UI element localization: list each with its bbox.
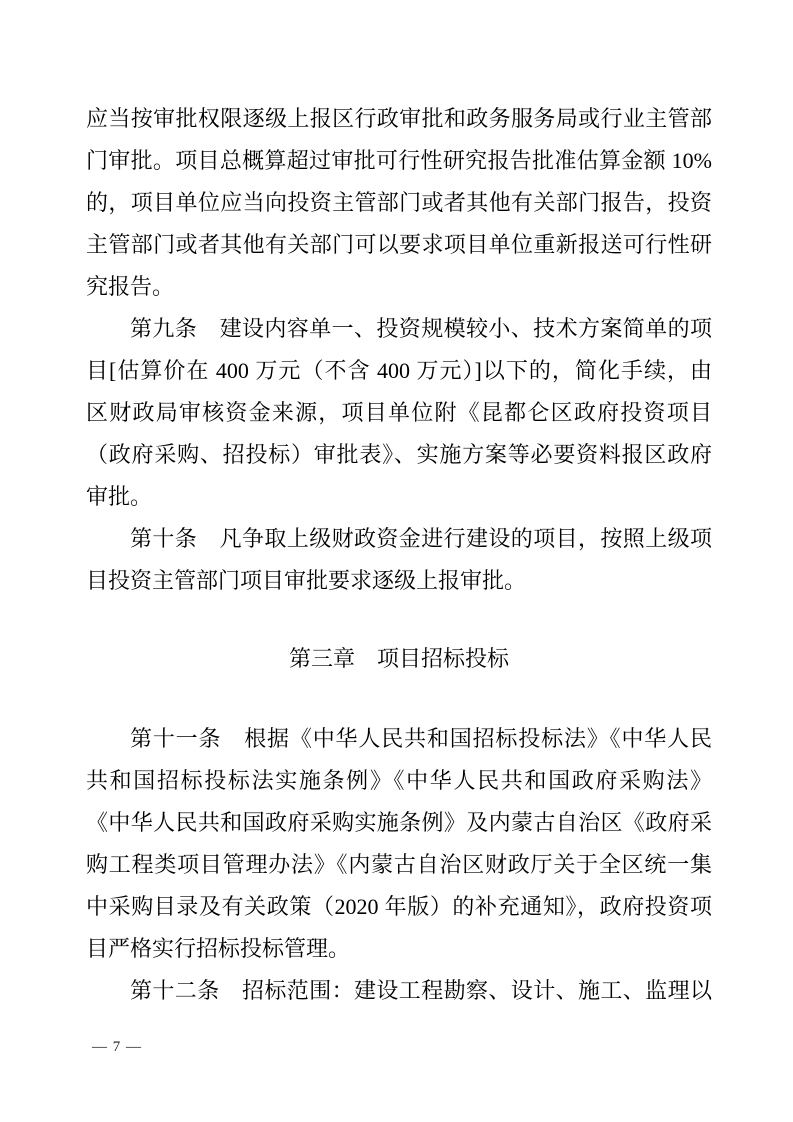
text-line: 区财政局审核资金来源，项目单位附《昆都仑区政府投资项目: [86, 392, 712, 434]
text-line: 应当按审批权限逐级上报区行政审批和政务服务局或行业主管部: [86, 98, 712, 140]
text-line: 目[估算价在 400 万元（不含 400 万元）]以下的，简化手续，由: [86, 350, 712, 392]
text-line: 目投资主管部门项目审批要求逐级上报审批。: [86, 560, 712, 602]
document-body: 应当按审批权限逐级上报区行政审批和政务服务局或行业主管部 门审批。项目总概算超过…: [86, 98, 712, 1012]
text-line: 第十条 凡争取上级财政资金进行建设的项目，按照上级项: [86, 518, 712, 560]
paragraph: 第十二条 招标范围：建设工程勘察、设计、施工、监理以: [86, 970, 712, 1012]
text-line: 第十二条 招标范围：建设工程勘察、设计、施工、监理以: [86, 970, 712, 1012]
text-line: （政府采购、招投标）审批表》、实施方案等必要资料报区政府: [86, 434, 712, 476]
paragraph: 第十一条 根据《中华人民共和国招标投标法》《中华人民 共和国招标投标法实施条例》…: [86, 718, 712, 970]
text-line: 第九条 建设内容单一、投资规模较小、技术方案简单的项: [86, 308, 712, 350]
text-line: 目严格实行招标投标管理。: [86, 928, 712, 970]
text-line: 购工程类项目管理办法》《内蒙古自治区财政厅关于全区统一集: [86, 844, 712, 886]
text-line: 审批。: [86, 476, 712, 518]
paragraph: 第九条 建设内容单一、投资规模较小、技术方案简单的项 目[估算价在 400 万元…: [86, 308, 712, 518]
page-number: — 7 —: [92, 1038, 142, 1056]
paragraph: 第十条 凡争取上级财政资金进行建设的项目，按照上级项 目投资主管部门项目审批要求…: [86, 518, 712, 602]
chapter-heading: 第三章 项目招标投标: [86, 638, 712, 680]
text-line: 第十一条 根据《中华人民共和国招标投标法》《中华人民: [86, 718, 712, 760]
text-line: 中采购目录及有关政策（2020 年版）的补充通知》，政府投资项: [86, 886, 712, 928]
text-line: 的，项目单位应当向投资主管部门或者其他有关部门报告，投资: [86, 182, 712, 224]
paragraph: 应当按审批权限逐级上报区行政审批和政务服务局或行业主管部 门审批。项目总概算超过…: [86, 98, 712, 308]
text-line: 究报告。: [86, 266, 712, 308]
text-line: 共和国招标投标法实施条例》《中华人民共和国政府采购法》: [86, 760, 712, 802]
text-line: 主管部门或者其他有关部门可以要求项目单位重新报送可行性研: [86, 224, 712, 266]
text-line: 门审批。项目总概算超过审批可行性研究报告批准估算金额 10%: [86, 140, 712, 182]
text-line: 《中华人民共和国政府采购实施条例》及内蒙古自治区《政府采: [86, 802, 712, 844]
document-page: 应当按审批权限逐级上报区行政审批和政务服务局或行业主管部 门审批。项目总概算超过…: [0, 0, 793, 1122]
